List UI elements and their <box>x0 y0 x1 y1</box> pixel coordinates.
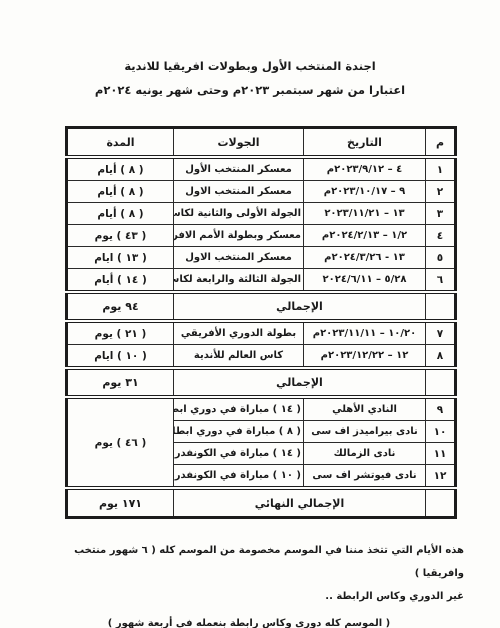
row-number: ٧ <box>426 321 456 345</box>
club-row: ٩ النادي الأهلي ( ١٤ ) مباراة في دوري اب… <box>67 397 456 421</box>
row-event: بطولة الدوري الأفريقي <box>174 321 304 345</box>
row-number: ٦ <box>426 269 456 293</box>
schedule-table: م التاريخ الجولات المدة ١ ٤ – ٢٠٢٣/٩/١٢م… <box>65 126 457 519</box>
table-row: ٧ ١٠/٢٠ – ٢٠٢٣/١١/١١م بطولة الدوري الأفر… <box>67 321 456 345</box>
table-row: ١ ٤ – ٢٠٢٣/٩/١٢م معسكر المنتخب الأول ( ٨… <box>67 157 456 181</box>
club-name: النادي الأهلي <box>304 397 426 421</box>
subtotal-value: ٩٤ يوم <box>67 292 174 321</box>
grand-total-row: الإجمالي النهائي ١٧١ يوم <box>67 488 456 518</box>
subtotal-empty-cell <box>426 292 456 321</box>
row-duration: ( ١٣ ) ايام <box>67 247 174 269</box>
grand-total-value: ١٧١ يوم <box>67 488 174 518</box>
title-line-1: اجندة المنتخب الأول وبطولات افريقيا للان… <box>0 54 500 78</box>
row-number: ٣ <box>426 203 456 225</box>
row-number: ١١ <box>426 443 456 465</box>
document-page: اجندة المنتخب الأول وبطولات افريقيا للان… <box>0 0 500 628</box>
club-matches: ( ٨ ) مباراة في دوري ابطال افريقيا <box>174 421 304 443</box>
row-duration: ( ٨ ) أيام <box>67 203 174 225</box>
row-number: ٨ <box>426 345 456 369</box>
row-event: معسكر المنتخب الاول <box>174 181 304 203</box>
row-event: معسكر المنتخب الأول <box>174 157 304 181</box>
footer-note-line-1: هذه الأيام التي تتخذ مننا في الموسم مخصو… <box>34 539 464 585</box>
club-matches: ( ١٠ ) مباراة في الكونفدرالية <box>174 465 304 489</box>
row-number: ١٠ <box>426 421 456 443</box>
club-name: نادى بيراميدز اف سى <box>304 421 426 443</box>
col-header-duration: المدة <box>67 128 174 158</box>
row-date: ١٢ – ٢٠٢٣/١٢/٢٢م <box>304 345 426 369</box>
club-matches: ( ١٤ ) مباراة في الكونفدرالية <box>174 443 304 465</box>
table-header-row: م التاريخ الجولات المدة <box>67 128 456 158</box>
grand-total-empty-cell <box>426 488 456 518</box>
grand-total-label: الإجمالي النهائي <box>174 488 426 518</box>
subtotal-row-2: الإجمالي ٣١ يوم <box>67 368 456 397</box>
row-number: ٩ <box>426 397 456 421</box>
document-title: اجندة المنتخب الأول وبطولات افريقيا للان… <box>0 0 500 102</box>
row-number: ٥ <box>426 247 456 269</box>
row-number: ٢ <box>426 181 456 203</box>
subtotal-label: الإجمالي <box>174 368 426 397</box>
table-row: ٦ ٥/٢٨ – ٢٠٢٤/٦/١١ الجولة الثالثة والراب… <box>67 269 456 293</box>
subtotal-value: ٣١ يوم <box>67 368 174 397</box>
col-header-date: التاريخ <box>304 128 426 158</box>
table-row: ٤ ١/٢ – ٢٠٢٤/٢/١٣م معسكر وبطولة الأمم ال… <box>67 225 456 247</box>
footer-notes: هذه الأيام التي تتخذ مننا في الموسم مخصو… <box>34 539 464 628</box>
row-duration: ( ٢١ ) يوم <box>67 321 174 345</box>
row-number: ١٢ <box>426 465 456 489</box>
table-row: ٨ ١٢ – ٢٠٢٣/١٢/٢٢م كاس العالم للأندية ( … <box>67 345 456 369</box>
table-row: ٣ ١٣ – ٢٠٢٣/١١/٢١ الجولة الأولى والثانية… <box>67 203 456 225</box>
row-duration: ( ٨ ) أيام <box>67 181 174 203</box>
row-duration: ( ٤٣ ) يوم <box>67 225 174 247</box>
row-date: ١٣ - ٢٠٢٤/٣/٢٦م <box>304 247 426 269</box>
row-duration: ( ١٤ ) أيام <box>67 269 174 293</box>
subtotal-label: الإجمالي <box>174 292 426 321</box>
row-date: ١/٢ – ٢٠٢٤/٢/١٣م <box>304 225 426 247</box>
row-date: ٩ – ٢٠٢٣/١٠/١٧م <box>304 181 426 203</box>
row-number: ١ <box>426 157 456 181</box>
row-date: ١٣ – ٢٠٢٣/١١/٢١ <box>304 203 426 225</box>
row-event: كاس العالم للأندية <box>174 345 304 369</box>
col-header-number: م <box>426 128 456 158</box>
table-row: ٢ ٩ – ٢٠٢٣/١٠/١٧م معسكر المنتخب الاول ( … <box>67 181 456 203</box>
row-duration: ( ١٠ ) ايام <box>67 345 174 369</box>
club-name: نادى فيوتشر اف سى <box>304 465 426 489</box>
row-number: ٤ <box>426 225 456 247</box>
footer-note-line-2: غير الدوري وكاس الرابطة .. <box>34 585 464 608</box>
club-name: نادى الزمالك <box>304 443 426 465</box>
col-header-rounds: الجولات <box>174 128 304 158</box>
row-event: معسكر وبطولة الأمم الافريقية <box>174 225 304 247</box>
subtotal-row-1: الإجمالي ٩٤ يوم <box>67 292 456 321</box>
row-date: ٤ – ٢٠٢٣/٩/١٢م <box>304 157 426 181</box>
row-event: معسكر المنتخب الاول <box>174 247 304 269</box>
table-row: ٥ ١٣ - ٢٠٢٤/٣/٢٦م معسكر المنتخب الاول ( … <box>67 247 456 269</box>
row-duration: ( ٨ ) أيام <box>67 157 174 181</box>
row-event: الجولة الثالثة والرابعة لكاس العالم <box>174 269 304 293</box>
club-matches: ( ١٤ ) مباراة في دوري ابطال افريقيا <box>174 397 304 421</box>
title-line-2: اعتبارا من شهر سبتمبر ٢٠٢٣م وحتى شهر يون… <box>0 78 500 102</box>
subtotal-empty-cell <box>426 368 456 397</box>
row-event: الجولة الأولى والثانية لكاس العالم <box>174 203 304 225</box>
row-date: ١٠/٢٠ – ٢٠٢٣/١١/١١م <box>304 321 426 345</box>
row-date: ٥/٢٨ – ٢٠٢٤/٦/١١ <box>304 269 426 293</box>
clubs-total-duration: ( ٤٦ ) يوم <box>67 397 174 488</box>
footer-conclusion: ( الموسم كله دورى وكاس رابطة بنعمله في أ… <box>34 612 464 628</box>
